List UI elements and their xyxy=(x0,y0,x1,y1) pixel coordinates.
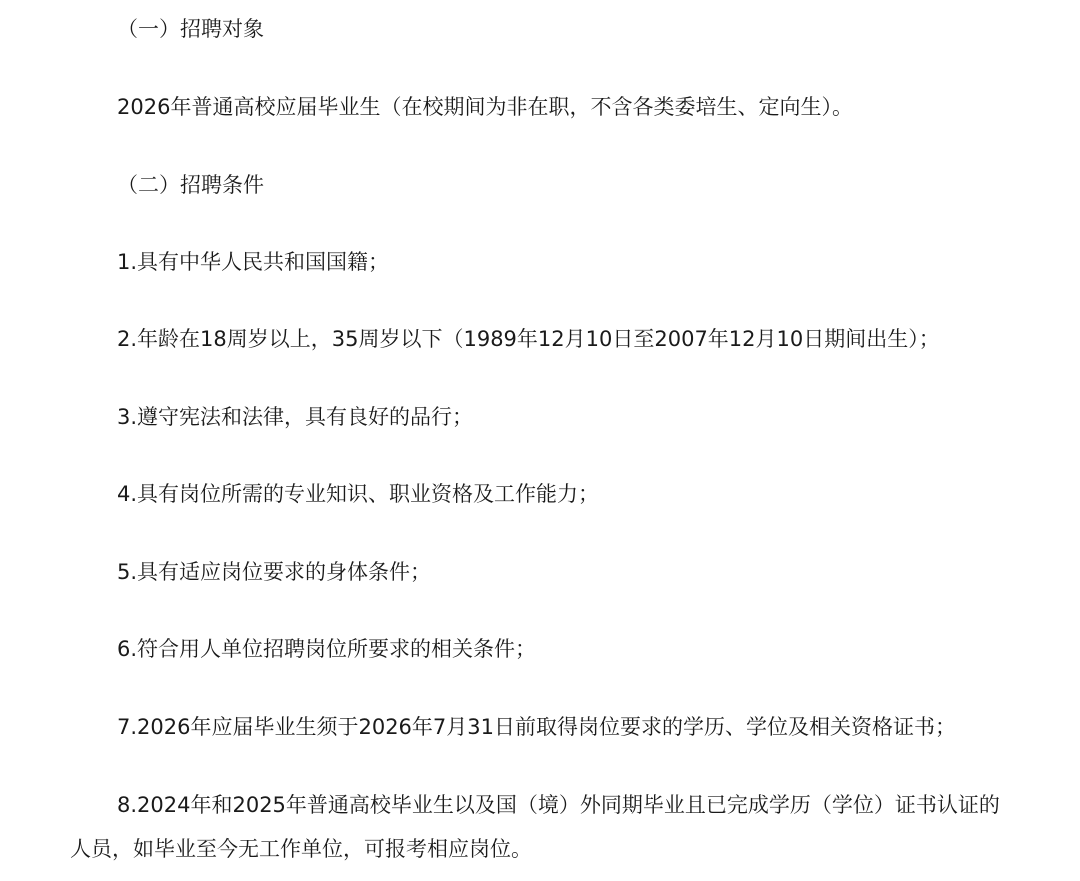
condition-item-7: 7.2026年应届毕业生须于2026年7月31日前取得岗位要求的学历、学位及相关… xyxy=(117,712,956,742)
condition-item-1: 1.具有中华人民共和国国籍； xyxy=(117,247,389,277)
section-heading-recruitment-target: （一）招聘对象 xyxy=(117,14,264,44)
condition-item-4: 4.具有岗位所需的专业知识、职业资格及工作能力； xyxy=(117,479,599,509)
condition-item-2: 2.年龄在18周岁以上，35周岁以下（1989年12月10日至2007年12月1… xyxy=(117,324,940,354)
condition-item-3: 3.遵守宪法和法律，具有良好的品行； xyxy=(117,402,473,432)
condition-item-6: 6.符合用人单位招聘岗位所要求的相关条件； xyxy=(117,634,536,664)
section-heading-recruitment-conditions: （二）招聘条件 xyxy=(117,170,264,200)
recruitment-target-text: 2026年普通高校应届毕业生（在校期间为非在职，不含各类委培生、定向生）。 xyxy=(117,92,853,122)
condition-item-5: 5.具有适应岗位要求的身体条件； xyxy=(117,557,431,587)
condition-item-8: 8.2024年和2025年普通高校毕业生以及国（境）外同期毕业且已完成学历（学位… xyxy=(70,783,1010,871)
